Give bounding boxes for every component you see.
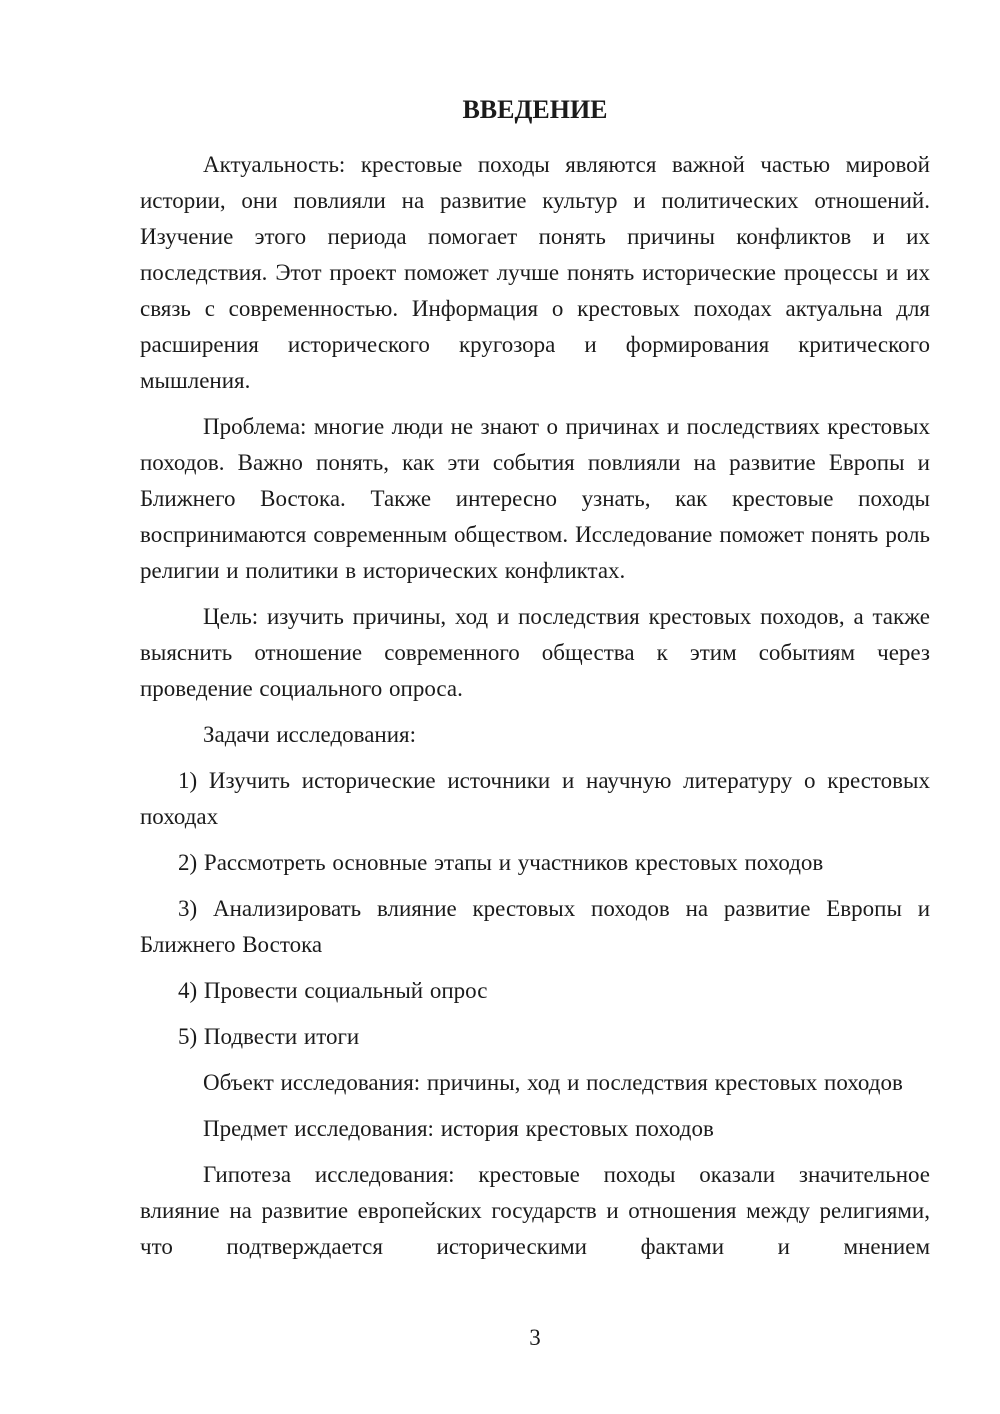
- task-item-2: 2) Рассмотреть основные этапы и участник…: [140, 845, 930, 881]
- task-item-3: 3) Анализировать влияние крестовых поход…: [140, 891, 930, 963]
- task-item-4: 4) Провести социальный опрос: [140, 973, 930, 1009]
- paragraph-relevance: Актуальность: крестовые походы являются …: [140, 147, 930, 399]
- document-page: ВВЕДЕНИЕ Актуальность: крестовые походы …: [0, 0, 1000, 1414]
- paragraph-problem: Проблема: многие люди не знают о причина…: [140, 409, 930, 589]
- task-item-5: 5) Подвести итоги: [140, 1019, 930, 1055]
- task-item-1: 1) Изучить исторические источники и науч…: [140, 763, 930, 835]
- tasks-label: Задачи исследования:: [140, 717, 930, 753]
- section-heading: ВВЕДЕНИЕ: [140, 95, 930, 125]
- paragraph-object: Объект исследования: причины, ход и посл…: [140, 1065, 930, 1101]
- paragraph-hypothesis: Гипотеза исследования: крестовые походы …: [140, 1157, 930, 1265]
- page-number: 3: [140, 1322, 930, 1354]
- paragraph-subject: Предмет исследования: история крестовых …: [140, 1111, 930, 1147]
- paragraph-goal: Цель: изучить причины, ход и последствия…: [140, 599, 930, 707]
